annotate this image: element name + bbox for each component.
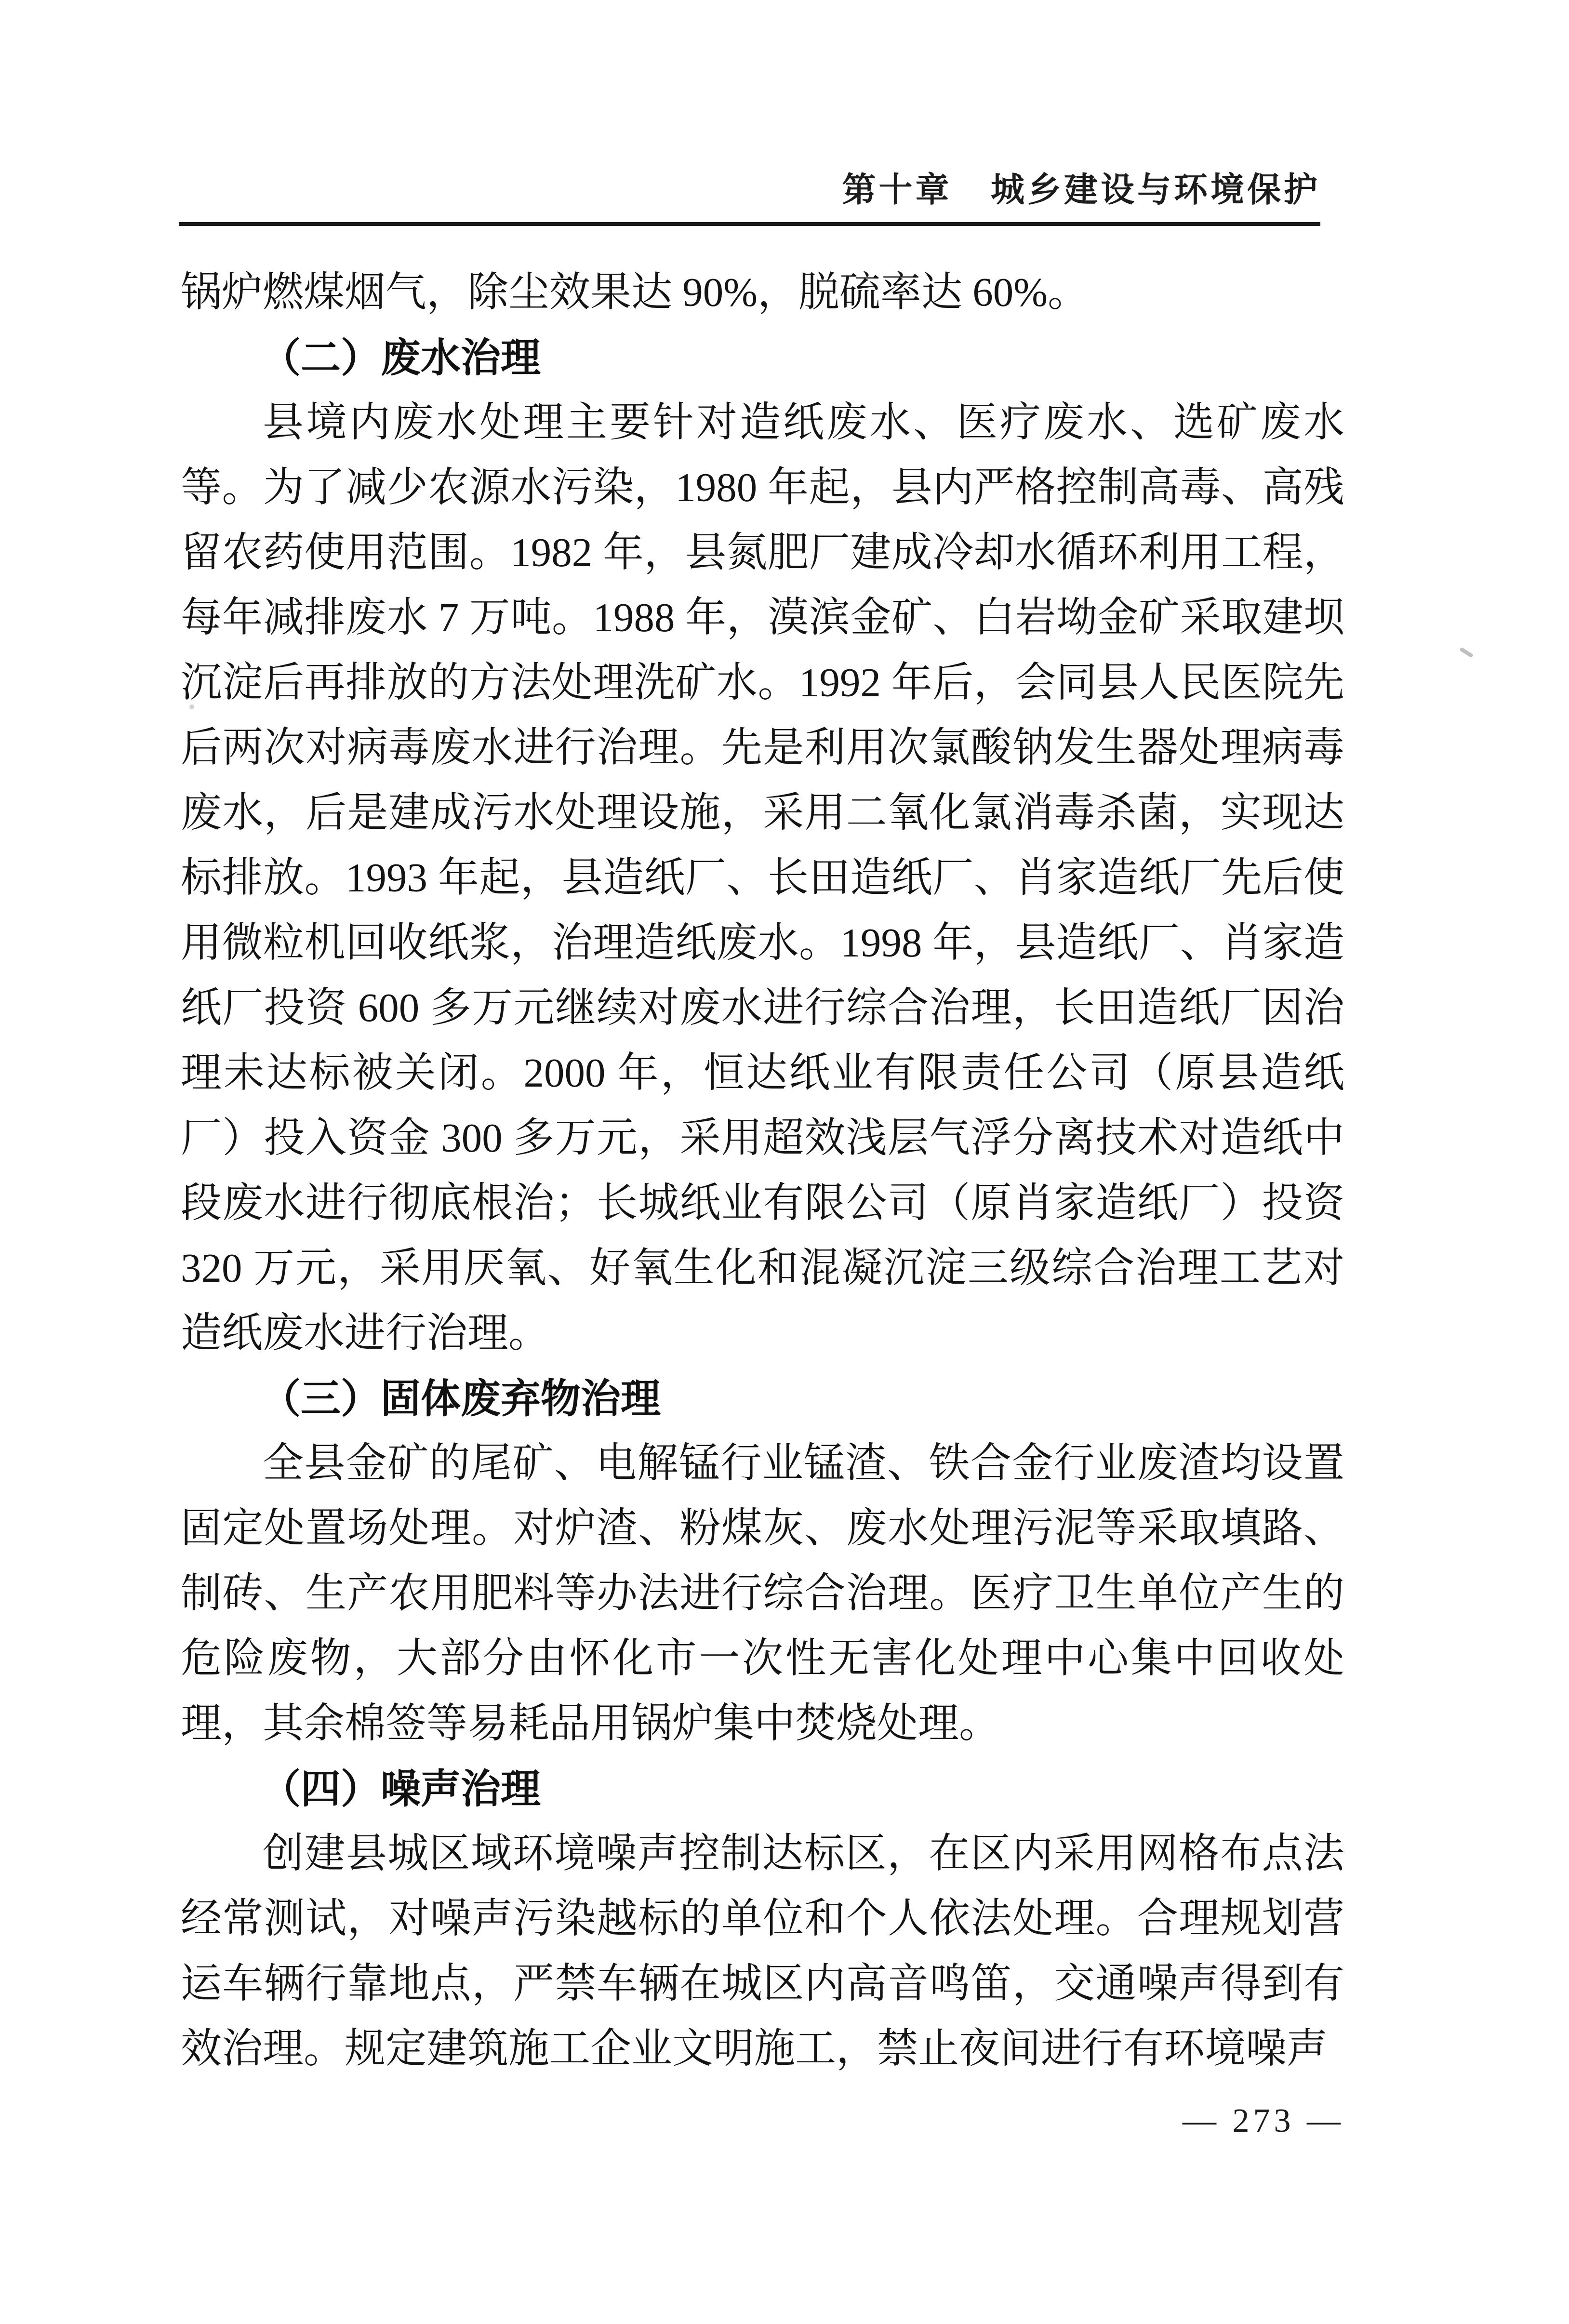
chapter-title: 城乡建设与环境保护 [991,172,1320,209]
chapter-header: 第十章城乡建设与环境保护 [842,163,1321,212]
section-heading-wastewater: （二）废水治理 [181,325,1344,390]
section-paragraph-noise: 创建县城区域环境噪声控制达标区，在区内采用网格布点法经常测试，对噪声污染越标的单… [181,1821,1344,2082]
section-paragraph-wastewater: 县境内废水处理主要针对造纸废水、医疗废水、选矿废水等。为了减少农源水污染，198… [181,390,1344,1366]
section-heading-noise: （四）噪声治理 [181,1756,1344,1821]
scan-artifact-mark [1459,647,1474,658]
continuation-paragraph: 锅炉燃煤烟气，除尘效果达 90%，脱硫率达 60%。 [181,260,1344,325]
scanned-book-page: 第十章城乡建设与环境保护 锅炉燃煤烟气，除尘效果达 90%，脱硫率达 60%。 … [0,0,1569,2324]
section-paragraph-solid-waste: 全县金矿的尾矿、电解锰行业锰渣、铁合金行业废渣均设置固定处置场处理。对炉渣、粉煤… [181,1431,1344,1756]
header-divider-rule [179,222,1320,226]
body-text-block: 锅炉燃煤烟气，除尘效果达 90%，脱硫率达 60%。 （二）废水治理 县境内废水… [181,260,1344,2082]
scan-artifact-dot [189,704,194,709]
page-number: — 273 — [1183,2102,1344,2140]
chapter-number-label: 第十章 [842,172,952,209]
section-heading-solid-waste: （三）固体废弃物治理 [181,1366,1344,1431]
